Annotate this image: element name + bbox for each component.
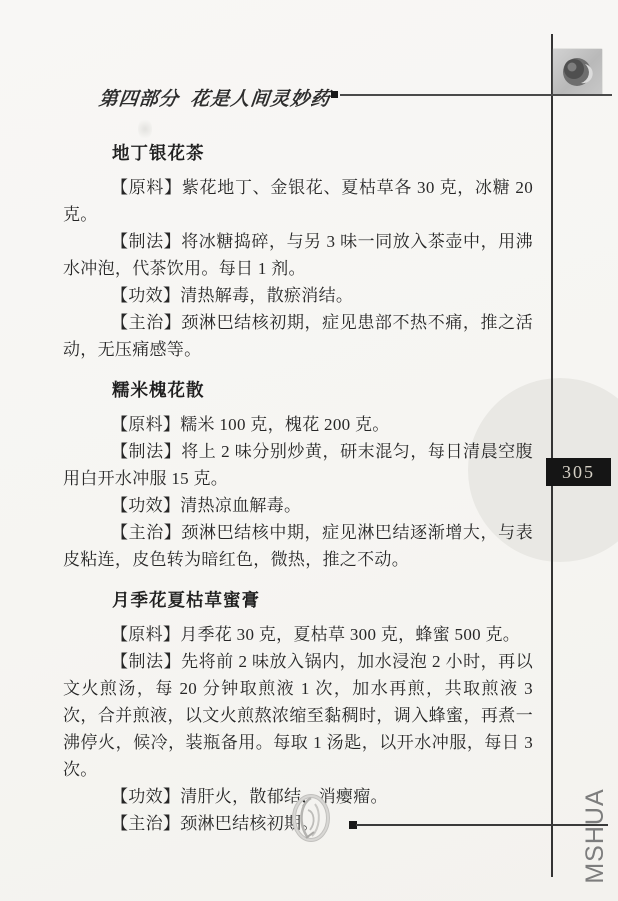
- chapter-header: 第四部分 花是人间灵妙药: [98, 84, 332, 111]
- part-label: 第四部分: [98, 89, 180, 110]
- recipe-title: 月季花夏枯草蜜膏: [112, 587, 533, 614]
- edge-watermark-text: MSHUA: [581, 781, 609, 891]
- right-vertical-rule: [551, 34, 553, 877]
- ingredients-paragraph: 【原料】糯米 100 克，槐花 200 克。: [63, 411, 533, 438]
- page-number-badge: 305: [546, 458, 611, 486]
- method-paragraph: 【制法】将冰糖捣碎，与另 3 味一同放入茶壶中，用沸水冲泡，代茶饮用。每日 1 …: [63, 228, 533, 282]
- shell-icon: [286, 788, 338, 855]
- indication-paragraph: 【主治】颈淋巴结核初期，症见患部不热不痛，推之活动，无压痛感等。: [63, 309, 533, 363]
- header-bullet-square: [331, 91, 338, 98]
- header-rule-line: [340, 94, 612, 96]
- indication-paragraph: 【主治】颈淋巴结核中期，症见淋巴结逐渐增大，与表皮粘连，皮色转为暗红色，微热，推…: [63, 519, 533, 573]
- recipe-section: 地丁银花茶 【原料】紫花地丁、金银花、夏枯草各 30 克，冰糖 20 克。 【制…: [63, 140, 533, 363]
- effect-paragraph: 【功效】清热解毒，散瘀消结。: [63, 282, 533, 309]
- effect-paragraph: 【功效】清热凉血解毒。: [63, 492, 533, 519]
- method-paragraph: 【制法】将上 2 味分别炒黄，研末混匀，每日清晨空腹用白开水冲服 15 克。: [63, 438, 533, 492]
- recipe-title: 地丁银花茶: [112, 140, 533, 167]
- recipe-title: 糯米槐花散: [112, 377, 533, 404]
- scan-smudge: [138, 118, 152, 140]
- ingredients-paragraph: 【原料】月季花 30 克，夏枯草 300 克，蜂蜜 500 克。: [63, 621, 533, 648]
- publisher-logo: [553, 49, 602, 95]
- method-paragraph: 【制法】先将前 2 味放入锅内，加水浸泡 2 小时，再以文火煎汤，每 20 分钟…: [63, 648, 533, 783]
- footer-rule-line: [356, 824, 608, 826]
- chapter-title: 花是人间灵妙药: [189, 89, 331, 110]
- book-page: 第四部分 花是人间灵妙药 305 地丁银花茶 【原料】紫花地丁、金银花、夏枯草各…: [0, 0, 618, 901]
- page-content: 地丁银花茶 【原料】紫花地丁、金银花、夏枯草各 30 克，冰糖 20 克。 【制…: [63, 140, 533, 837]
- ingredients-paragraph: 【原料】紫花地丁、金银花、夏枯草各 30 克，冰糖 20 克。: [63, 174, 533, 228]
- recipe-section: 糯米槐花散 【原料】糯米 100 克，槐花 200 克。 【制法】将上 2 味分…: [63, 377, 533, 573]
